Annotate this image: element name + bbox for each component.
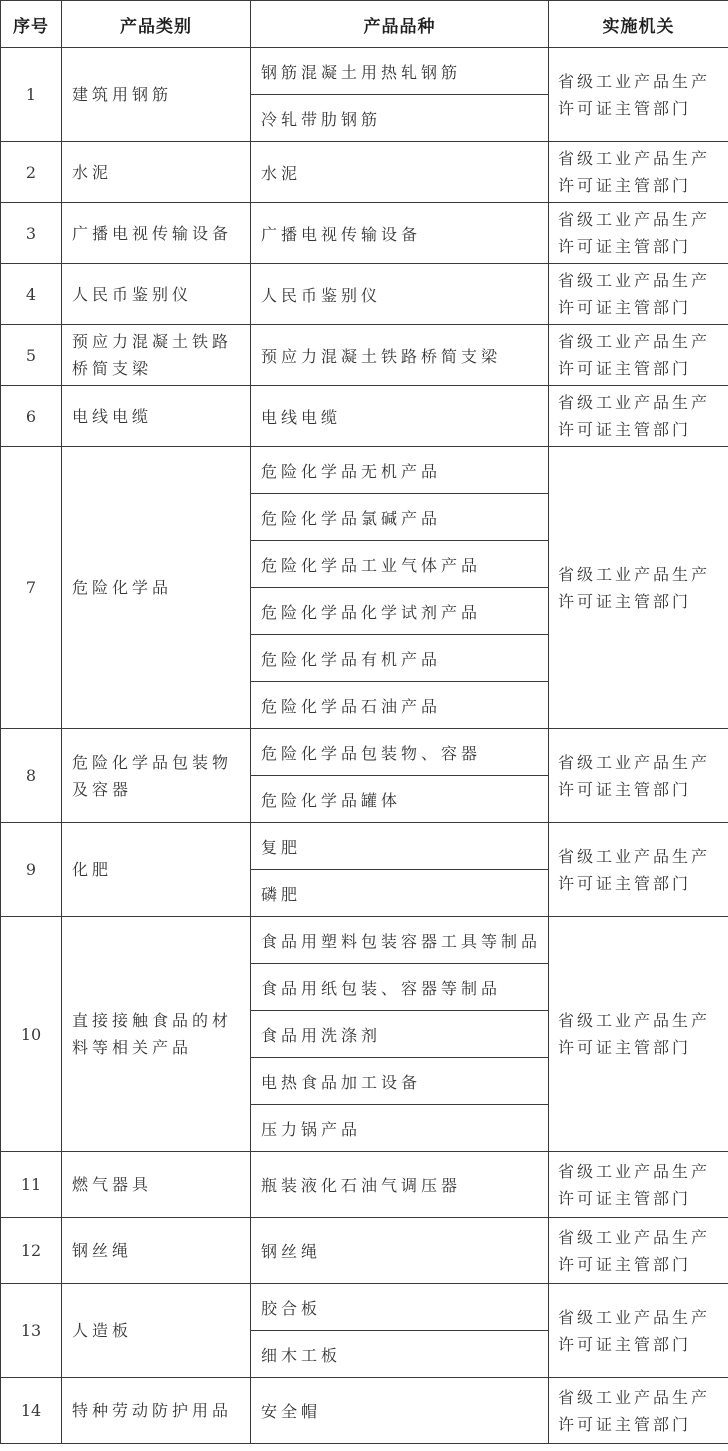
seq-cell: 5: [1, 325, 62, 386]
category-cell: 燃气器具: [62, 1152, 251, 1218]
variety-cell: 危险化学品有机产品: [251, 635, 549, 682]
header-seq: 序号: [1, 1, 62, 48]
table-row: 14 特种劳动防护用品 安全帽 省级工业产品生产许可证主管部门: [1, 1378, 728, 1444]
table-row: 13 人造板 胶合板 省级工业产品生产许可证主管部门: [1, 1284, 728, 1331]
variety-cell: 磷肥: [251, 870, 549, 917]
authority-cell: 省级工业产品生产许可证主管部门: [549, 1284, 728, 1378]
table-row: 10 直接接触食品的材料等相关产品 食品用塑料包装容器工具等制品 省级工业产品生…: [1, 917, 728, 964]
header-category: 产品类别: [62, 1, 251, 48]
authority-cell: 省级工业产品生产许可证主管部门: [549, 203, 728, 264]
variety-cell: 瓶装液化石油气调压器: [251, 1152, 549, 1218]
authority-cell: 省级工业产品生产许可证主管部门: [549, 1152, 728, 1218]
category-cell: 预应力混凝土铁路桥简支梁: [62, 325, 251, 386]
category-cell: 化肥: [62, 823, 251, 917]
authority-cell: 省级工业产品生产许可证主管部门: [549, 447, 728, 729]
seq-cell: 7: [1, 447, 62, 729]
variety-cell: 食品用洗涤剂: [251, 1011, 549, 1058]
category-cell: 危险化学品包装物及容器: [62, 729, 251, 823]
table-row: 4 人民币鉴别仪 人民币鉴别仪 省级工业产品生产许可证主管部门: [1, 264, 728, 325]
authority-cell: 省级工业产品生产许可证主管部门: [549, 264, 728, 325]
seq-cell: 8: [1, 729, 62, 823]
variety-cell: 电线电缆: [251, 386, 549, 447]
table-row: 7 危险化学品 危险化学品无机产品 省级工业产品生产许可证主管部门: [1, 447, 728, 494]
table-row: 11 燃气器具 瓶装液化石油气调压器 省级工业产品生产许可证主管部门: [1, 1152, 728, 1218]
variety-cell: 电热食品加工设备: [251, 1058, 549, 1105]
variety-cell: 安全帽: [251, 1378, 549, 1444]
product-license-table: 序号 产品类别 产品品种 实施机关 1 建筑用钢筋 钢筋混凝土用热轧钢筋 省级工…: [0, 0, 728, 1444]
variety-cell: 危险化学品包装物、容器: [251, 729, 549, 776]
variety-cell: 危险化学品工业气体产品: [251, 541, 549, 588]
seq-cell: 12: [1, 1218, 62, 1284]
header-authority: 实施机关: [549, 1, 728, 48]
variety-cell: 冷轧带肋钢筋: [251, 95, 549, 142]
category-cell: 电线电缆: [62, 386, 251, 447]
table-row: 9 化肥 复肥 省级工业产品生产许可证主管部门: [1, 823, 728, 870]
authority-cell: 省级工业产品生产许可证主管部门: [549, 1218, 728, 1284]
variety-cell: 钢丝绳: [251, 1218, 549, 1284]
authority-cell: 省级工业产品生产许可证主管部门: [549, 1378, 728, 1444]
variety-cell: 复肥: [251, 823, 549, 870]
table-row: 12 钢丝绳 钢丝绳 省级工业产品生产许可证主管部门: [1, 1218, 728, 1284]
seq-cell: 14: [1, 1378, 62, 1444]
seq-cell: 2: [1, 142, 62, 203]
authority-cell: 省级工业产品生产许可证主管部门: [549, 917, 728, 1152]
variety-cell: 压力锅产品: [251, 1105, 549, 1152]
variety-cell: 危险化学品化学试剂产品: [251, 588, 549, 635]
seq-cell: 11: [1, 1152, 62, 1218]
variety-cell: 广播电视传输设备: [251, 203, 549, 264]
category-cell: 广播电视传输设备: [62, 203, 251, 264]
authority-cell: 省级工业产品生产许可证主管部门: [549, 325, 728, 386]
table-row: 8 危险化学品包装物及容器 危险化学品包装物、容器 省级工业产品生产许可证主管部…: [1, 729, 728, 776]
seq-cell: 9: [1, 823, 62, 917]
category-cell: 特种劳动防护用品: [62, 1378, 251, 1444]
variety-cell: 钢筋混凝土用热轧钢筋: [251, 48, 549, 95]
variety-cell: 水泥: [251, 142, 549, 203]
variety-cell: 危险化学品氯碱产品: [251, 494, 549, 541]
authority-cell: 省级工业产品生产许可证主管部门: [549, 729, 728, 823]
variety-cell: 细木工板: [251, 1331, 549, 1378]
table-row: 1 建筑用钢筋 钢筋混凝土用热轧钢筋 省级工业产品生产许可证主管部门: [1, 48, 728, 95]
variety-cell: 食品用纸包装、容器等制品: [251, 964, 549, 1011]
header-row: 序号 产品类别 产品品种 实施机关: [1, 1, 728, 48]
category-cell: 危险化学品: [62, 447, 251, 729]
seq-cell: 10: [1, 917, 62, 1152]
category-cell: 建筑用钢筋: [62, 48, 251, 142]
variety-cell: 危险化学品石油产品: [251, 682, 549, 729]
category-cell: 水泥: [62, 142, 251, 203]
table-row: 3 广播电视传输设备 广播电视传输设备 省级工业产品生产许可证主管部门: [1, 203, 728, 264]
table-row: 5 预应力混凝土铁路桥简支梁 预应力混凝土铁路桥简支梁 省级工业产品生产许可证主…: [1, 325, 728, 386]
seq-cell: 4: [1, 264, 62, 325]
authority-cell: 省级工业产品生产许可证主管部门: [549, 48, 728, 142]
variety-cell: 人民币鉴别仪: [251, 264, 549, 325]
category-cell: 人造板: [62, 1284, 251, 1378]
variety-cell: 胶合板: [251, 1284, 549, 1331]
variety-cell: 危险化学品无机产品: [251, 447, 549, 494]
seq-cell: 3: [1, 203, 62, 264]
variety-cell: 预应力混凝土铁路桥简支梁: [251, 325, 549, 386]
category-cell: 钢丝绳: [62, 1218, 251, 1284]
category-cell: 直接接触食品的材料等相关产品: [62, 917, 251, 1152]
variety-cell: 危险化学品罐体: [251, 776, 549, 823]
variety-cell: 食品用塑料包装容器工具等制品: [251, 917, 549, 964]
authority-cell: 省级工业产品生产许可证主管部门: [549, 386, 728, 447]
authority-cell: 省级工业产品生产许可证主管部门: [549, 823, 728, 917]
category-cell: 人民币鉴别仪: [62, 264, 251, 325]
table-row: 6 电线电缆 电线电缆 省级工业产品生产许可证主管部门: [1, 386, 728, 447]
seq-cell: 1: [1, 48, 62, 142]
seq-cell: 6: [1, 386, 62, 447]
authority-cell: 省级工业产品生产许可证主管部门: [549, 142, 728, 203]
table-row: 2 水泥 水泥 省级工业产品生产许可证主管部门: [1, 142, 728, 203]
seq-cell: 13: [1, 1284, 62, 1378]
header-variety: 产品品种: [251, 1, 549, 48]
